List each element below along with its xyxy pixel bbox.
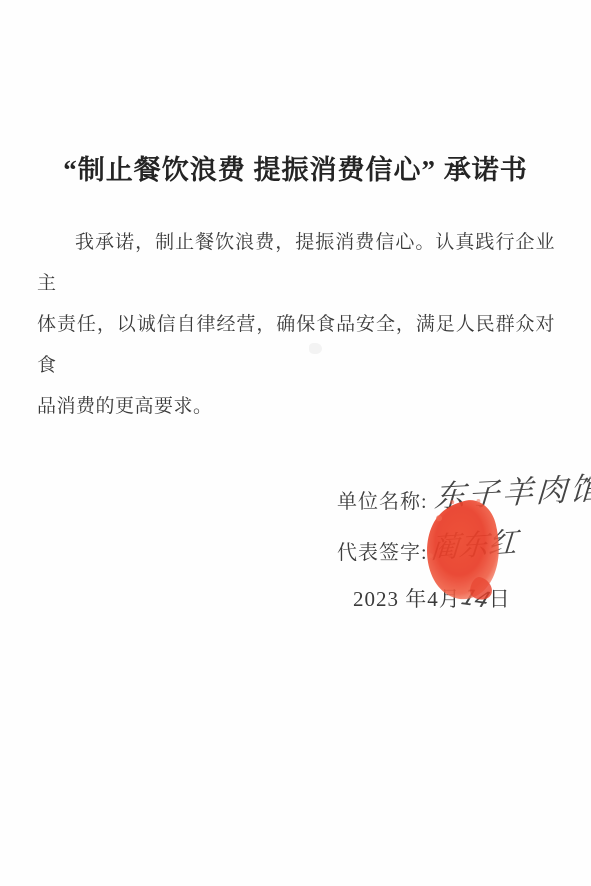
rep-signature-label: 代表签字:: [337, 542, 428, 564]
body-paragraph: 我承诺，制止餐饮浪费，提振消费信心。认真践行企业主 体责任，以诚信自律经营，确保…: [37, 222, 555, 427]
red-thumbprint-stamp-icon: [420, 495, 507, 602]
scanned-commitment-letter-page: “制止餐饮浪费 提振消费信心” 承诺书 我承诺，制止餐饮浪费，提振消费信心。认真…: [0, 0, 591, 886]
body-line-1: 我承诺，制止餐饮浪费，提振消费信心。认真践行企业主: [37, 222, 555, 304]
body-line-3: 品消费的更高要求。: [37, 386, 555, 427]
body-line-2: 体责任，以诚信自律经营，确保食品安全，满足人民群众对食: [37, 304, 555, 386]
unit-name-label: 单位名称:: [337, 491, 428, 513]
document-title: “制止餐饮浪费 提振消费信心” 承诺书: [0, 148, 591, 187]
scan-smudge-artifact: [309, 343, 322, 354]
